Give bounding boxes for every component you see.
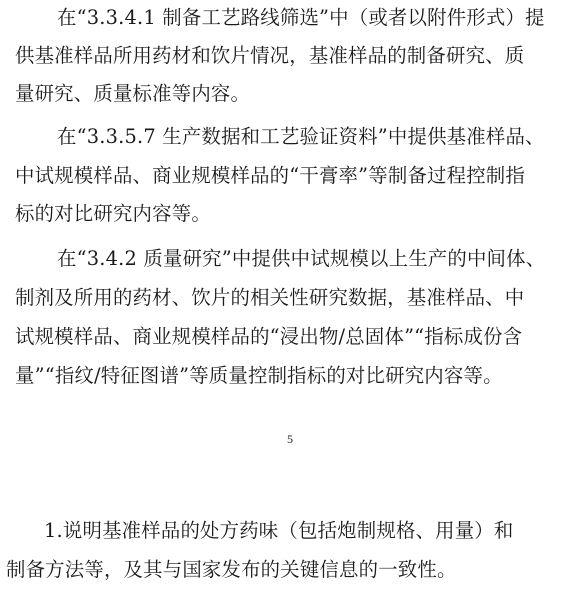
paragraph-line: 中试规模样品、商业规模样品的“干膏率”等制备过程控制指: [15, 164, 571, 188]
paragraph-line: 量”“指纹/特征图谱”等质量控制指标的对比研究内容等。: [15, 364, 571, 388]
paragraph-line: 制剂及所用的药材、饮片的相关性研究数据，基准样品、中: [15, 286, 571, 310]
paragraph-line: 试规模样品、商业规模样品的“浸出物/总固体”“指标成份含: [15, 325, 571, 349]
paragraph-line: 1.说明基准样品的处方药味（包括炮制规格、用量）和: [44, 519, 571, 543]
paragraph-line: 供基准样品所用药材和饮片情况，基准样品的制备研究、质: [15, 44, 571, 68]
paragraph-line: 制备方法等，及其与国家发布的关键信息的一致性。: [6, 558, 562, 582]
paragraph-line: 在“3.3.5.7 生产数据和工艺验证资料”中提供基准样品、: [57, 125, 571, 149]
paragraph-line: 在“3.3.4.1 制备工艺路线筛选”中（或者以附件形式）提: [57, 6, 571, 30]
page-number: 5: [0, 432, 580, 447]
paragraph-line: 在“3.4.2 质量研究”中提供中试规模以上生产的中间体、: [57, 247, 571, 271]
paragraph-line: 标的对比研究内容等。: [15, 202, 571, 226]
paragraph-line: 量研究、质量标准等内容。: [15, 82, 571, 106]
